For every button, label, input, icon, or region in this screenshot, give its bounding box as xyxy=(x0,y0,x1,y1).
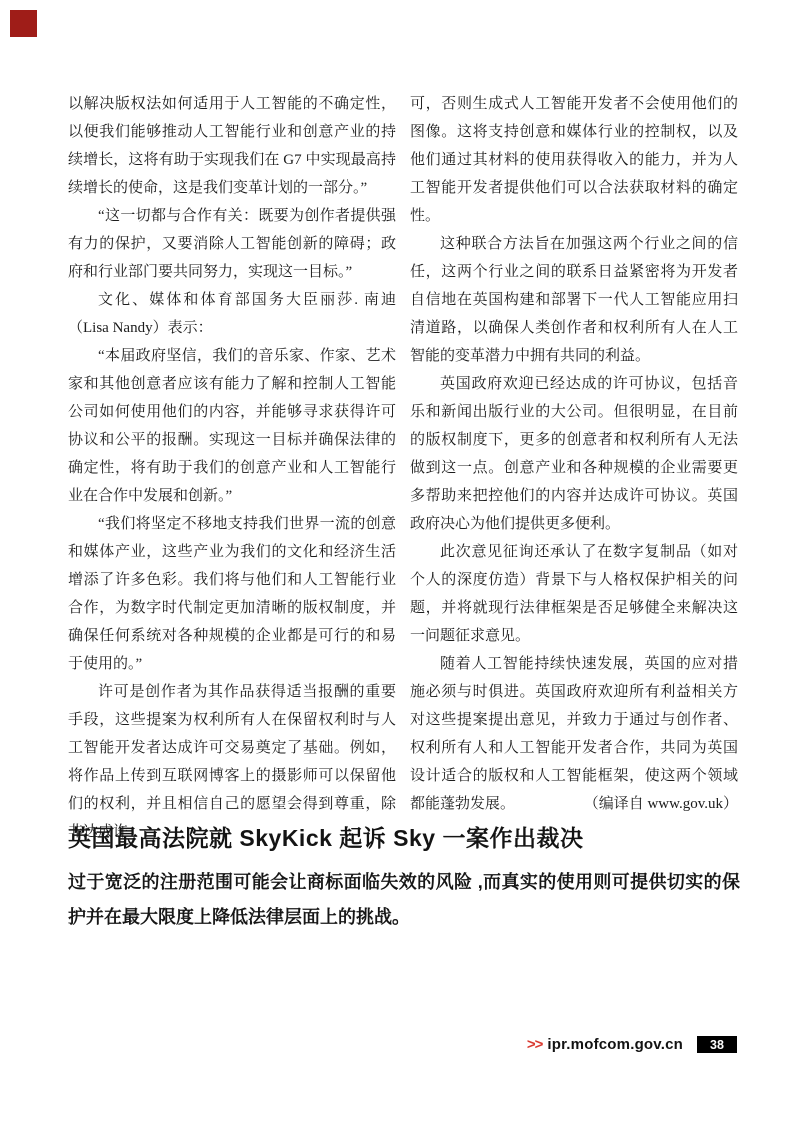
next-article-title: 英国最高法院就 SkyKick 起诉 Sky 一案作出裁决 xyxy=(68,820,740,853)
next-article-subtitle: 过于宽泛的注册范围可能会让商标面临失效的风险 ,而真实的使用则可提供切实的保护并… xyxy=(68,865,740,935)
paragraph: 这种联合方法旨在加强这两个行业之间的信任，这两个行业之间的联系日益紧密将为开发者… xyxy=(410,230,738,370)
footer-site-text: ipr.mofcom.gov.cn xyxy=(547,1036,683,1053)
article-right-column: 可，否则生成式人工智能开发者不会使用他们的图像。这将支持创意和媒体行业的控制权，… xyxy=(410,90,738,818)
page-footer: >> ipr.mofcom.gov.cn 38 xyxy=(527,1036,737,1053)
paragraph: 随着人工智能持续快速发展，英国的应对措施必须与时俱进。英国政府欢迎所有利益相关方… xyxy=(410,650,738,818)
double-chevron-icon: >> xyxy=(527,1036,543,1053)
paragraph: “我们将坚定不移地支持我们世界一流的创意和媒体产业，这些产业为我们的文化和经济生… xyxy=(68,510,396,678)
paragraph: 可，否则生成式人工智能开发者不会使用他们的图像。这将支持创意和媒体行业的控制权，… xyxy=(410,90,738,230)
paragraph: 此次意见征询还承认了在数字复制品（如对个人的深度仿造）背景下与人格权保护相关的问… xyxy=(410,538,738,650)
paragraph-text: 随着人工智能持续快速发展，英国的应对措施必须与时俱进。英国政府欢迎所有利益相关方… xyxy=(410,656,738,812)
paragraph: 英国政府欢迎已经达成的许可协议，包括音乐和新闻出版行业的大公司。但很明显，在目前… xyxy=(410,370,738,538)
corner-accent-square xyxy=(10,10,37,37)
paragraph: “这一切都与合作有关：既要为创作者提供强有力的保护，又要消除人工智能创新的障碍；… xyxy=(68,202,396,286)
article-left-column: 以解决版权法如何适用于人工智能的不确定性，以便我们能够推动人工智能行业和创意产业… xyxy=(68,90,396,846)
source-attribution: （编译自 www.gov.uk） xyxy=(554,790,738,818)
paragraph: 以解决版权法如何适用于人工智能的不确定性，以便我们能够推动人工智能行业和创意产业… xyxy=(68,90,396,202)
magazine-page: 以解决版权法如何适用于人工智能的不确定性，以便我们能够推动人工智能行业和创意产业… xyxy=(0,0,794,1123)
page-number: 38 xyxy=(710,1038,724,1052)
paragraph: 文化、媒体和体育部国务大臣丽莎. 南迪（Lisa Nandy）表示： xyxy=(68,286,396,342)
paragraph: “本届政府坚信，我们的音乐家、作家、艺术家和其他创意者应该有能力了解和控制人工智… xyxy=(68,342,396,510)
page-number-badge: 38 xyxy=(697,1036,737,1053)
next-article-heading-block: 英国最高法院就 SkyKick 起诉 Sky 一案作出裁决 过于宽泛的注册范围可… xyxy=(68,820,740,935)
